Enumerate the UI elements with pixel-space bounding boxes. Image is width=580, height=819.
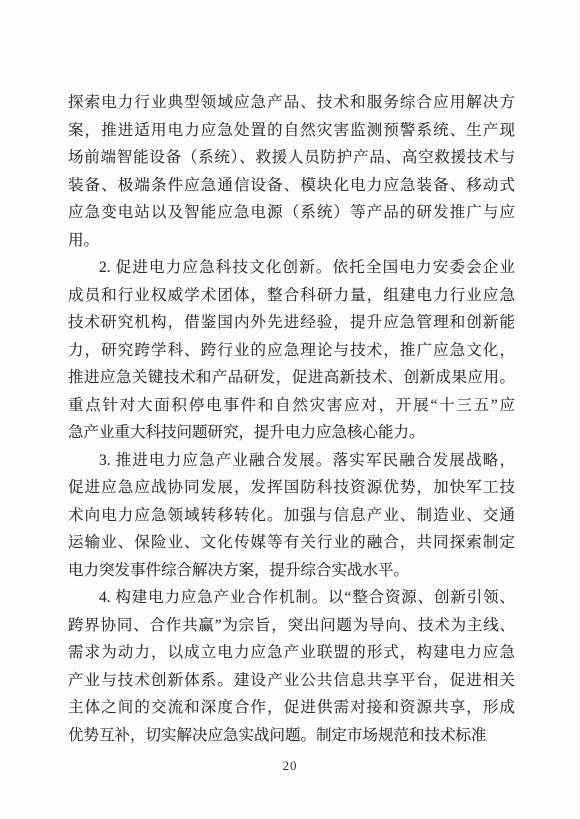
document-page: 探索电力行业典型领域应急产品、技术和服务综合应用解决方案，推进适用电力应急处置的… <box>0 0 580 819</box>
text-line: 优势互补，切实解决应急实战问题。制定市场规范和技术标准 <box>68 722 515 750</box>
text-line: 产业与技术创新体系。建设产业公共信息共享平台，促进相关 <box>68 667 515 695</box>
text-line: 3. 推进电力应急产业融合发展。落实军民融合发展战略， <box>68 447 515 475</box>
text-line: 案，推进适用电力应急处置的自然灾害监测预警系统、生产现 <box>68 117 515 145</box>
text-line: 探索电力行业典型领域应急产品、技术和服务综合应用解决方 <box>68 89 515 117</box>
paragraph: 4. 构建电力应急产业合作机制。以“整合资源、创新引领、跨界协同、合作共赢”为宗… <box>68 584 515 749</box>
text-line: 跨界协同、合作共赢”为宗旨，突出问题为导向、技术为主线、 <box>68 612 515 640</box>
paragraph: 2. 促进电力应急科技文化创新。依托全国电力安委会企业成员和行业权威学术团体，整… <box>68 254 515 447</box>
text-line: 应急变电站以及智能应急电源（系统）等产品的研发推广与应 <box>68 199 515 227</box>
text-line: 成员和行业权威学术团体，整合科研力量，组建电力行业应急 <box>68 282 515 310</box>
text-line: 需求为动力，以成立电力应急产业联盟的形式，构建电力应急 <box>68 639 515 667</box>
text-line: 4. 构建电力应急产业合作机制。以“整合资源、创新引领、 <box>68 584 515 612</box>
body-text: 探索电力行业典型领域应急产品、技术和服务综合应用解决方案，推进适用电力应急处置的… <box>68 89 515 749</box>
text-line: 主体之间的交流和深度合作，促进供需对接和资源共享，形成 <box>68 694 515 722</box>
text-line: 电力突发事件综合解决方案，提升综合实战水平。 <box>68 557 515 585</box>
text-line: 急产业重大科技问题研究，提升电力应急核心能力。 <box>68 419 515 447</box>
paragraph: 探索电力行业典型领域应急产品、技术和服务综合应用解决方案，推进适用电力应急处置的… <box>68 89 515 254</box>
text-line: 场前端智能设备（系统）、救援人员防护产品、高空救援技术与 <box>68 144 515 172</box>
text-line: 力，研究跨学科、跨行业的应急理论与技术，推广应急文化， <box>68 337 515 365</box>
page-number: 20 <box>0 758 580 774</box>
paragraph: 3. 推进电力应急产业融合发展。落实军民融合发展战略，促进应急应战协同发展，发挥… <box>68 447 515 585</box>
text-line: 推进应急关键技术和产品研发，促进高新技术、创新成果应用。 <box>68 364 515 392</box>
text-line: 重点针对大面积停电事件和自然灾害应对，开展“十三五”应 <box>68 392 515 420</box>
text-line: 运输业、保险业、文化传媒等有关行业的融合，共同探索制定 <box>68 529 515 557</box>
text-line: 装备、极端条件应急通信设备、模块化电力应急装备、移动式 <box>68 172 515 200</box>
text-line: 促进应急应战协同发展，发挥国防科技资源优势，加快军工技 <box>68 474 515 502</box>
text-line: 2. 促进电力应急科技文化创新。依托全国电力安委会企业 <box>68 254 515 282</box>
text-line: 技术研究机构，借鉴国内外先进经验，提升应急管理和创新能 <box>68 309 515 337</box>
text-line: 术向电力应急领域转移转化。加强与信息产业、制造业、交通 <box>68 502 515 530</box>
text-line: 用。 <box>68 227 515 255</box>
